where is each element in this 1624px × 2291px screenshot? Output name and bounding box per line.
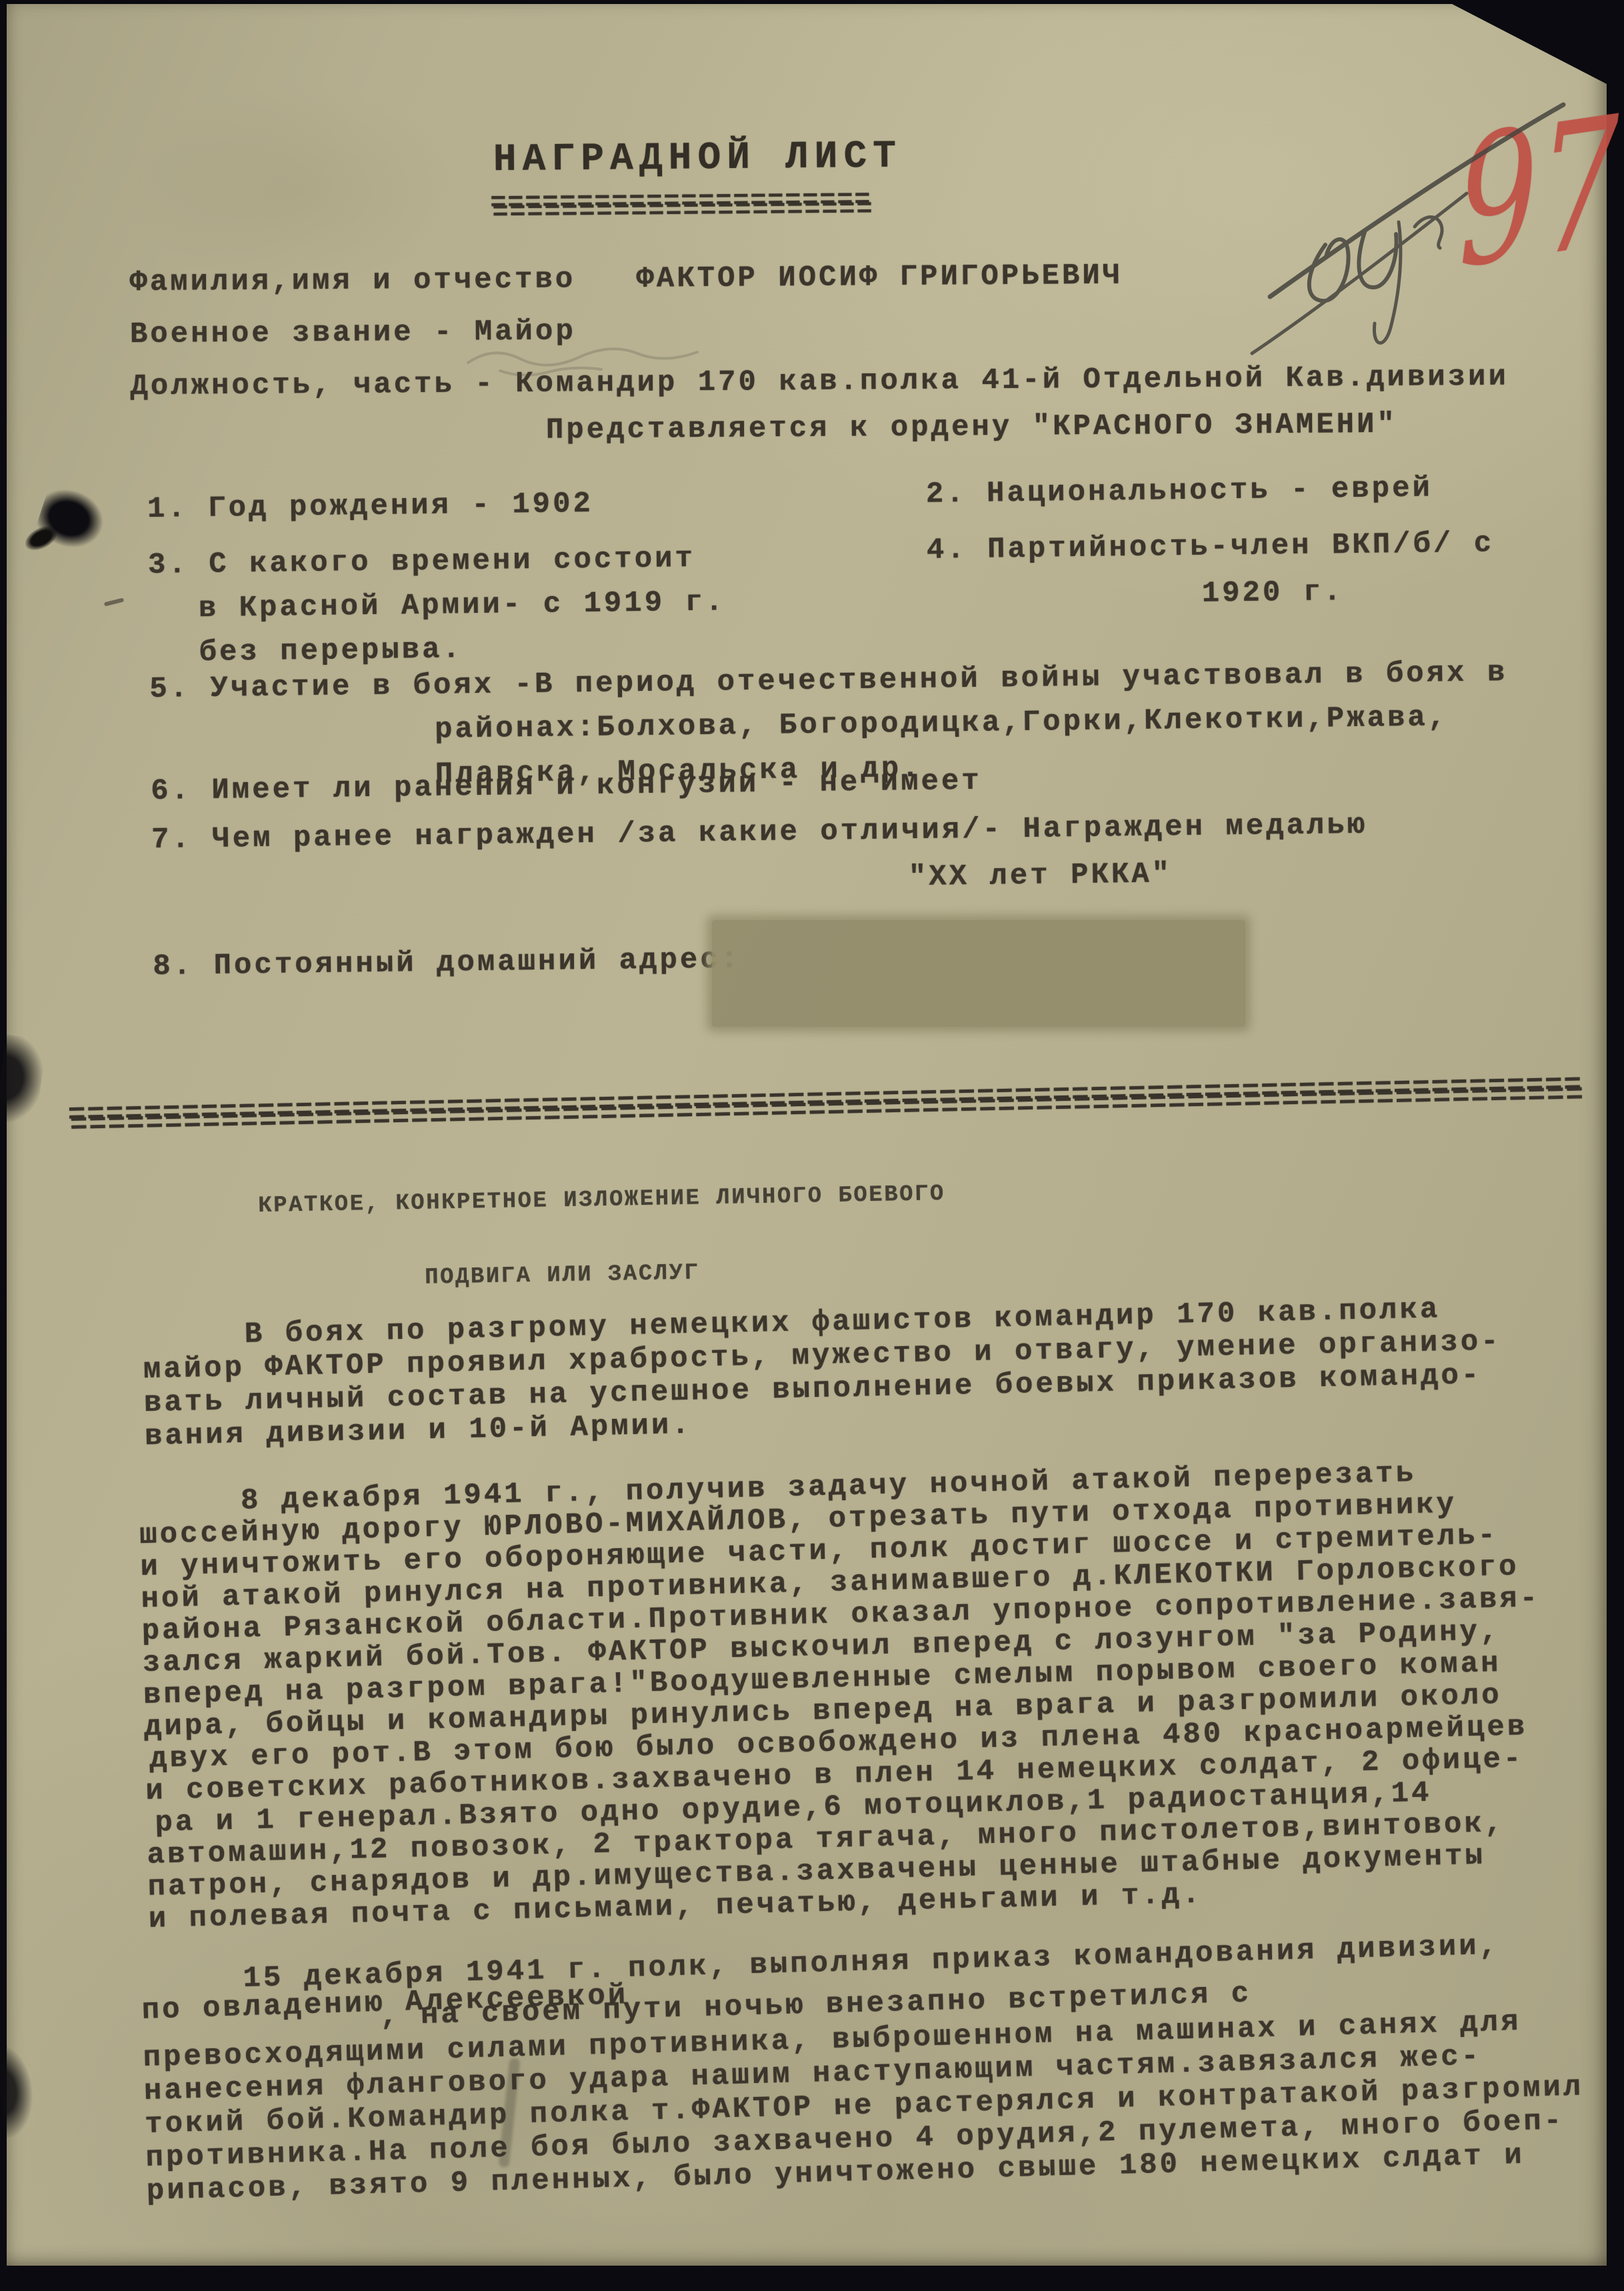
pencil-signature [1247, 70, 1587, 363]
typed-line: 15 декабря 1941 г. полк, выполняя приказ… [243, 1932, 1500, 1994]
scanned-award-sheet: НАГРАДНОЙ ЛИСТ ====================== ==… [0, 0, 1624, 2291]
faint-pencil-scribble [460, 324, 773, 384]
